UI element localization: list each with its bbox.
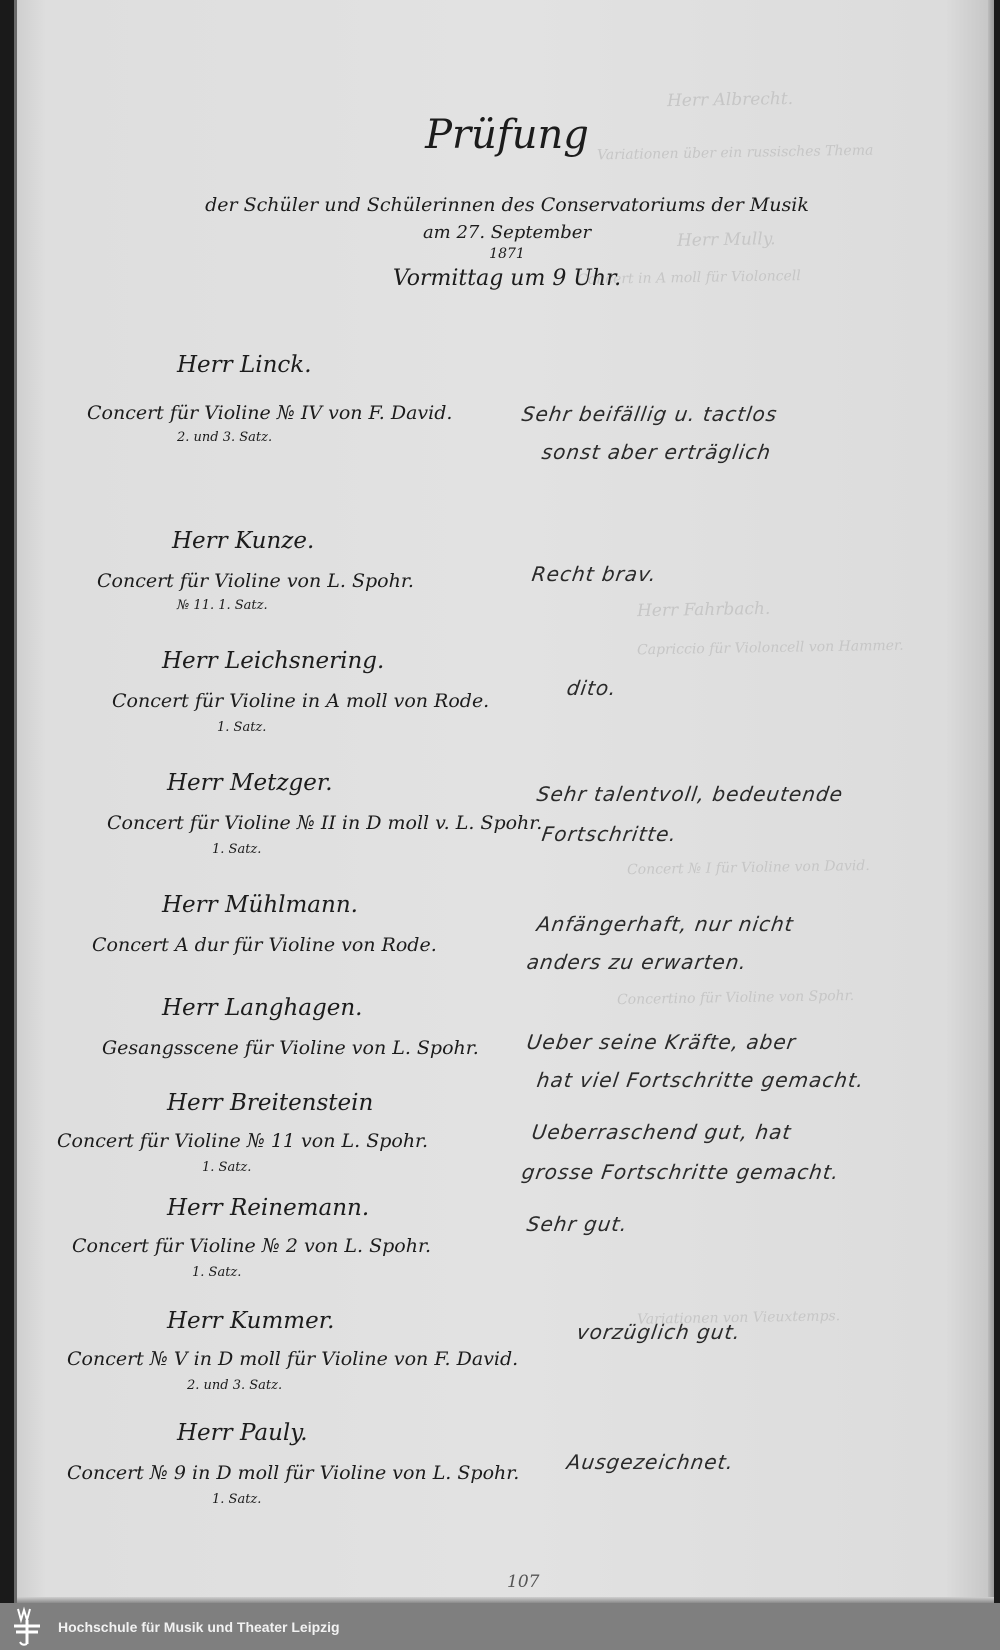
performed-work: Concert für Violine № II in D moll v. L.… <box>107 812 542 834</box>
performed-work: Concert für Violine № 2 von L. Spohr. <box>72 1235 431 1257</box>
page-title: Prüfung <box>17 112 997 158</box>
student-name: Herr Mühlmann. <box>162 892 358 918</box>
movement: 1. Satz. <box>212 842 261 857</box>
bleed-through-text: Capriccio für Violoncell von Hammer. <box>637 638 904 659</box>
movement: 1. Satz. <box>212 1492 261 1507</box>
bleed-through-text: Herr Albrecht. <box>667 89 793 111</box>
student-name: Herr Linck. <box>177 352 312 378</box>
examiner-remark: anders zu erwarten. <box>525 950 748 974</box>
movement: 2. und 3. Satz. <box>187 1378 282 1393</box>
performed-work: Concert für Violine № IV von F. David. <box>87 402 452 424</box>
examiner-remark: Ausgezeichnet. <box>565 1450 735 1474</box>
performed-work: Concert für Violine von L. Spohr. <box>97 570 414 592</box>
examiner-remark: dito. <box>565 676 618 700</box>
page-subtitle: der Schüler und Schülerinnen des Conserv… <box>17 194 997 216</box>
examiner-remark: Sehr talentvoll, bedeutende <box>535 782 845 806</box>
student-name: Herr Pauly. <box>177 1420 308 1446</box>
hmt-logo-icon <box>12 1606 42 1648</box>
performed-work: Concert für Violine № 11 von L. Spohr. <box>57 1130 428 1152</box>
examiner-remark: vorzüglich gut. <box>575 1320 742 1344</box>
examiner-remark: Ueber seine Kräfte, aber <box>525 1030 797 1054</box>
movement: № 11. 1. Satz. <box>177 598 268 613</box>
examiner-remark: grosse Fortschritte gemacht. <box>520 1160 841 1184</box>
examiner-remark: Fortschritte. <box>540 822 678 846</box>
examiner-remark: Anfängerhaft, nur nicht <box>535 912 795 936</box>
student-name: Herr Leichsnering. <box>162 648 384 674</box>
performed-work: Concert № V in D moll für Violine von F.… <box>67 1348 518 1370</box>
movement: 1. Satz. <box>202 1160 251 1175</box>
examiner-remark: Ueberraschend gut, hat <box>530 1120 793 1144</box>
performed-work: Gesangsscene für Violine von L. Spohr. <box>102 1037 479 1059</box>
movement: 2. und 3. Satz. <box>177 430 272 445</box>
movement: 1. Satz. <box>217 720 266 735</box>
student-name: Herr Breitenstein <box>167 1090 373 1116</box>
exam-date: am 27. September <box>17 222 997 243</box>
examiner-remark: hat viel Fortschritte gemacht. <box>535 1068 866 1092</box>
bleed-through-text: Herr Fahrbach. <box>637 599 771 621</box>
manuscript-page: Herr Albrecht. Variationen über ein russ… <box>14 0 994 1603</box>
performed-work: Concert A dur für Violine von Rode. <box>92 934 437 956</box>
examiner-remark: Sehr gut. <box>525 1212 629 1236</box>
exam-time: Vormittag um 9 Uhr. <box>17 266 997 291</box>
student-name: Herr Kunze. <box>172 528 314 554</box>
student-name: Herr Langhagen. <box>162 995 362 1021</box>
performed-work: Concert für Violine in A moll von Rode. <box>112 690 489 712</box>
examiner-remark: Sehr beifällig u. tactlos <box>520 402 779 426</box>
student-name: Herr Kummer. <box>167 1308 334 1334</box>
institution-name: Hochschule für Musik und Theater Leipzig <box>58 1619 340 1635</box>
examiner-remark: sonst aber erträglich <box>540 440 772 464</box>
bleed-through-text: Concertino für Violine von Spohr. <box>617 988 854 1008</box>
exam-year: 1871 <box>17 246 997 262</box>
page-number: 107 <box>507 1572 539 1592</box>
movement: 1. Satz. <box>192 1265 241 1280</box>
performed-work: Concert № 9 in D moll für Violine von L.… <box>67 1462 519 1484</box>
student-name: Herr Metzger. <box>167 770 333 796</box>
student-name: Herr Reinemann. <box>167 1195 369 1221</box>
footer-bar: Hochschule für Musik und Theater Leipzig <box>0 1603 1000 1650</box>
bleed-through-text: Concert № I für Violine von David. <box>627 858 870 878</box>
examiner-remark: Recht brav. <box>530 562 658 586</box>
